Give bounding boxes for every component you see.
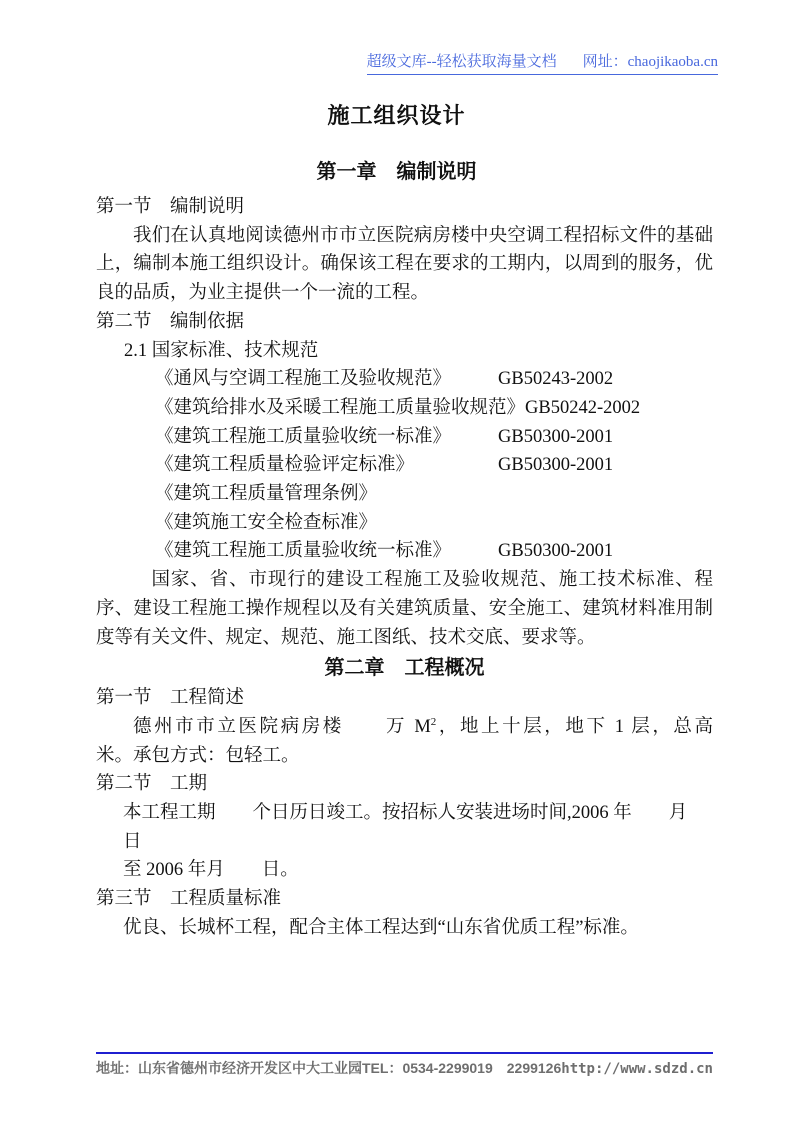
chapter-2-heading: 第二章 工程概况	[96, 652, 713, 684]
duration-paragraph-line-1: 本工程工期 个日历日竣工。按招标人安装进场时间,2006 年 月 日	[96, 799, 713, 856]
standard-title: 《建筑工程施工质量验收统一标准》	[155, 537, 498, 566]
standard-title: 《建筑工程质量管理条例》	[155, 480, 498, 509]
section-1-1-heading: 第一节 编制说明	[96, 193, 713, 222]
footer-website-link[interactable]: http://www.sdzd.cn	[561, 1061, 713, 1077]
section-2-3-heading: 第三节 工程质量标准	[96, 885, 713, 914]
basis-closing-paragraph: 国家、省、市现行的建设工程施工及验收规范、施工技术标准、程序、建设工程施工操作规…	[96, 566, 713, 652]
duration-paragraph-line-2: 至 2006 年月 日。	[96, 856, 713, 885]
standard-reference-row: 《建筑工程质量管理条例》	[96, 480, 713, 509]
page-footer: 地址：山东省德州市经济开发区中大工业园 TEL：0534-2299019 229…	[96, 1058, 713, 1078]
standard-title: 《通风与空调工程施工及验收规范》	[155, 365, 498, 394]
standard-reference-row: 《建筑工程质量检验评定标准》 GB50300-2001	[96, 451, 713, 480]
promo-site-url-link[interactable]: 网址：chaojikaoba.cn	[583, 54, 718, 70]
section-2-1-heading: 第一节 工程简述	[96, 684, 713, 713]
standard-reference-row: 《建筑工程施工质量验收统一标准》 GB50300-2001	[96, 537, 713, 566]
document-body: 第一节 编制说明 我们在认真地阅读德州市市立医院病房楼中央空调工程招标文件的基础…	[96, 193, 713, 943]
compilation-paragraph: 我们在认真地阅读德州市市立医院病房楼中央空调工程招标文件的基础上，编制本施工组织…	[96, 222, 713, 308]
quality-standard-paragraph: 优良、长城杯工程，配合主体工程达到“山东省优质工程”标准。	[96, 914, 713, 943]
footer-tel: TEL：0534-2299019 2299126	[362, 1058, 561, 1078]
section-1-2-heading: 第二节 编制依据	[96, 308, 713, 337]
document-page: 超级文库--轻松获取海量文档网址：chaojikaoba.cn 施工组织设计 第…	[0, 0, 793, 1122]
overview-text-before-sup: 德州市市立医院病房楼 万 M	[133, 717, 431, 737]
standards-subheading: 2.1 国家标准、技术规范	[96, 337, 713, 366]
document-title: 施工组织设计	[0, 99, 793, 130]
standard-title: 《建筑工程施工质量验收统一标准》	[155, 423, 498, 452]
standard-reference-row: 《通风与空调工程施工及验收规范》 GB50243-2002	[96, 365, 713, 394]
standard-code: GB50300-2001	[498, 423, 613, 452]
standard-title: 《建筑施工安全检查标准》	[155, 509, 498, 538]
standard-title: 《建筑给排水及采暖工程施工质量验收规范》	[155, 394, 525, 423]
chapter-1-heading: 第一章 编制说明	[0, 155, 793, 184]
standard-code: GB50243-2002	[498, 365, 613, 394]
standard-reference-row: 《建筑施工安全检查标准》	[96, 509, 713, 538]
standard-code: GB50242-2002	[525, 394, 640, 423]
promo-site-name: 超级文库--轻松获取海量文档	[367, 54, 557, 70]
standard-title: 《建筑工程质量检验评定标准》	[155, 451, 498, 480]
section-2-2-heading: 第二节 工期	[96, 770, 713, 799]
standard-code: GB50300-2001	[498, 451, 613, 480]
footer-divider-rule	[96, 1052, 713, 1054]
standard-code: GB50300-2001	[498, 537, 613, 566]
footer-address: 地址：山东省德州市经济开发区中大工业园	[96, 1058, 362, 1078]
project-overview-paragraph: 德州市市立医院病房楼 万 M2，地上十层，地下 1 层，总高 米。承包方式：包轻…	[96, 713, 713, 770]
standard-reference-row: 《建筑给排水及采暖工程施工质量验收规范》 GB50242-2002	[96, 394, 713, 423]
standard-reference-row: 《建筑工程施工质量验收统一标准》 GB50300-2001	[96, 423, 713, 452]
promo-header: 超级文库--轻松获取海量文档网址：chaojikaoba.cn	[367, 50, 718, 75]
